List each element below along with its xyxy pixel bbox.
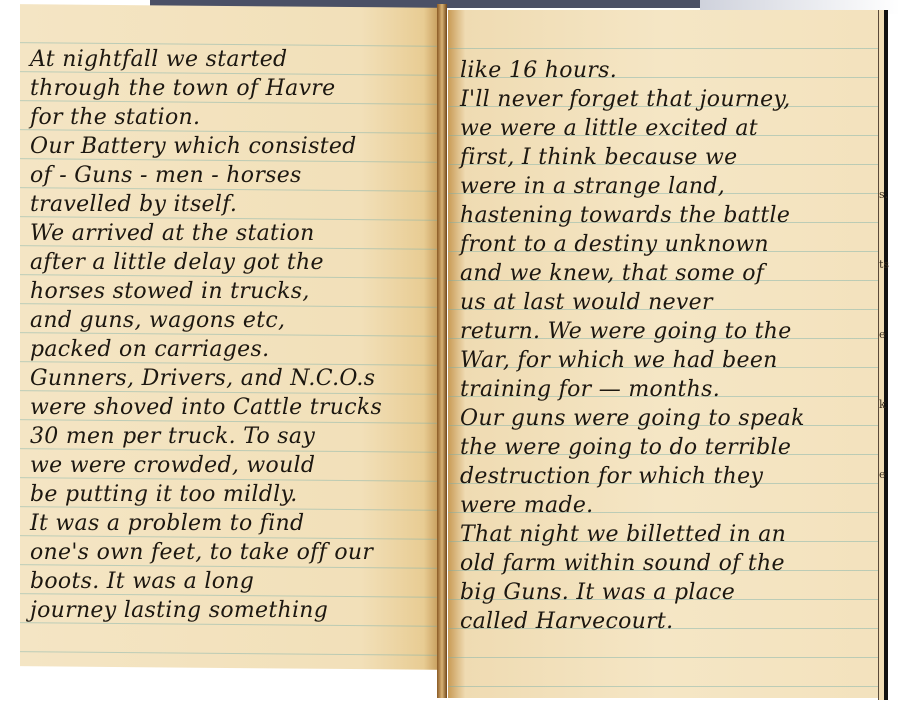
handwritten-line: were in a strange land, [460, 172, 805, 201]
margin-mark: s. [879, 160, 895, 230]
handwritten-line: for the station. [30, 103, 382, 132]
handwritten-line: boots. It was a long [30, 567, 382, 596]
handwritten-line: hastening towards the battle [460, 201, 805, 230]
handwritten-line: return. We were going to the [460, 317, 805, 346]
handwritten-line: one's own feet, to take off our [30, 538, 382, 567]
handwritten-line: War, for which we had been [460, 346, 805, 375]
handwritten-line: travelled by itself. [30, 190, 382, 219]
handwritten-line: packed on carriages. [30, 335, 382, 364]
handwritten-line: of - Guns - men - horses [30, 161, 382, 190]
margin-marks: s. ts e k e [879, 160, 895, 510]
notebook-spine [437, 4, 447, 698]
handwritten-line: like 16 hours. [460, 56, 805, 85]
handwritten-line: Our Battery which consisted [30, 132, 382, 161]
handwritten-line: destruction for which they [460, 462, 805, 491]
handwritten-line: after a little delay got the [30, 248, 382, 277]
handwritten-line: were shoved into Cattle trucks [30, 393, 382, 422]
margin-mark: e [879, 300, 895, 370]
handwritten-line: called Harvecourt. [460, 607, 805, 636]
handwritten-line: 30 men per truck. To say [30, 422, 382, 451]
handwritten-line: horses stowed in trucks, [30, 277, 382, 306]
handwritten-line: the were going to do terrible [460, 433, 805, 462]
handwritten-line: It was a problem to find [30, 509, 382, 538]
handwritten-line: through the town of Havre [30, 74, 382, 103]
margin-mark: k [879, 370, 895, 440]
handwritten-line: We arrived at the station [30, 219, 382, 248]
handwritten-line: first, I think because we [460, 143, 805, 172]
margin-mark: ts [879, 230, 895, 300]
handwritten-line: big Guns. It was a place [460, 578, 805, 607]
handwritten-line: be putting it too mildly. [30, 480, 382, 509]
handwritten-line: training for — months. [460, 375, 805, 404]
handwritten-line: we were crowded, would [30, 451, 382, 480]
handwritten-line: were made. [460, 491, 805, 520]
handwritten-line: At nightfall we started [30, 45, 382, 74]
handwritten-line: Gunners, Drivers, and N.C.O.s [30, 364, 382, 393]
margin-mark: e [879, 440, 895, 510]
handwritten-line: we were a little excited at [460, 114, 805, 143]
handwritten-line: us at last would never [460, 288, 805, 317]
handwritten-line: and we knew, that some of [460, 259, 805, 288]
handwritten-line: That night we billetted in an [460, 520, 805, 549]
handwritten-line: Our guns were going to speak [460, 404, 805, 433]
right-page-text: like 16 hours. I'll never forget that jo… [460, 56, 805, 636]
left-page-text: At nightfall we started through the town… [30, 45, 382, 625]
handwritten-line: I'll never forget that journey, [460, 85, 805, 114]
handwritten-line: front to a destiny unknown [460, 230, 805, 259]
handwritten-line: old farm within sound of the [460, 549, 805, 578]
handwritten-line: journey lasting something [30, 596, 382, 625]
handwritten-line: and guns, wagons etc, [30, 306, 382, 335]
